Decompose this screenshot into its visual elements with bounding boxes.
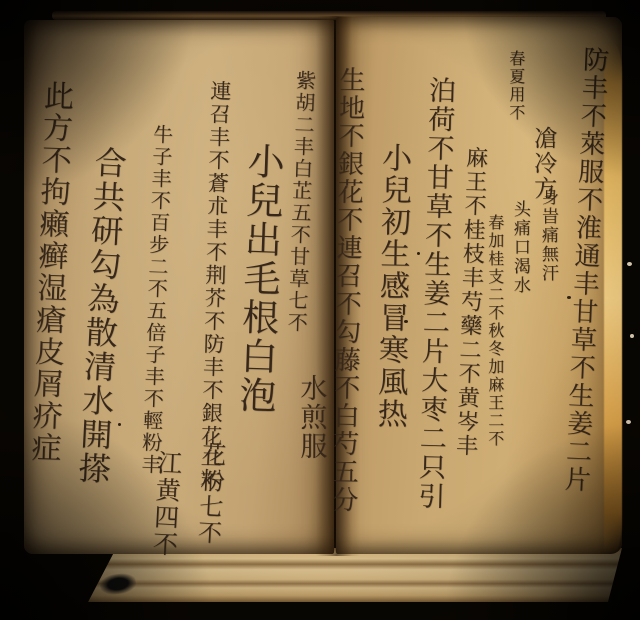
manuscript-photo: 防丰不萊服不淮通丰甘草不生姜二片 春夏用不 凔冷方 身旹痛無汗 头痛口渴水 春加…: [0, 0, 640, 620]
column-herbs-shengdi: 生地不銀花不連召不勾藤不白芍五分: [328, 66, 363, 514]
column-symptom-note-3: 春加桂支二不秋冬加麻王二不: [486, 214, 503, 448]
column-decoction-note: 水煎服: [296, 374, 324, 461]
gilt-fore-edge-highlight: [604, 42, 622, 554]
column-symptom-note-1: 身旹痛無汗: [538, 188, 556, 283]
paper-speck: [118, 423, 121, 426]
paper-speck: [567, 296, 571, 299]
paper-speck: [404, 320, 408, 323]
edge-fleck: [626, 420, 631, 424]
column-seasonal-note: 春夏用不: [507, 50, 524, 122]
edge-fleck: [630, 334, 634, 338]
column-herbs-jianghuang: 江黄四不: [149, 449, 181, 558]
paper-speck: [417, 252, 420, 255]
bottom-page-stack-edge: [60, 548, 622, 602]
column-recipe-title-infant: 小兒初生感冒寒風热: [373, 142, 410, 431]
column-herbs-huafen: 花粉七不: [194, 441, 225, 546]
column-symptom-note-2: 头痛口渴水: [510, 200, 528, 295]
column-recipe-title-baipao: 小兒出毛根白泡: [233, 141, 281, 415]
edge-fleck: [627, 262, 632, 266]
